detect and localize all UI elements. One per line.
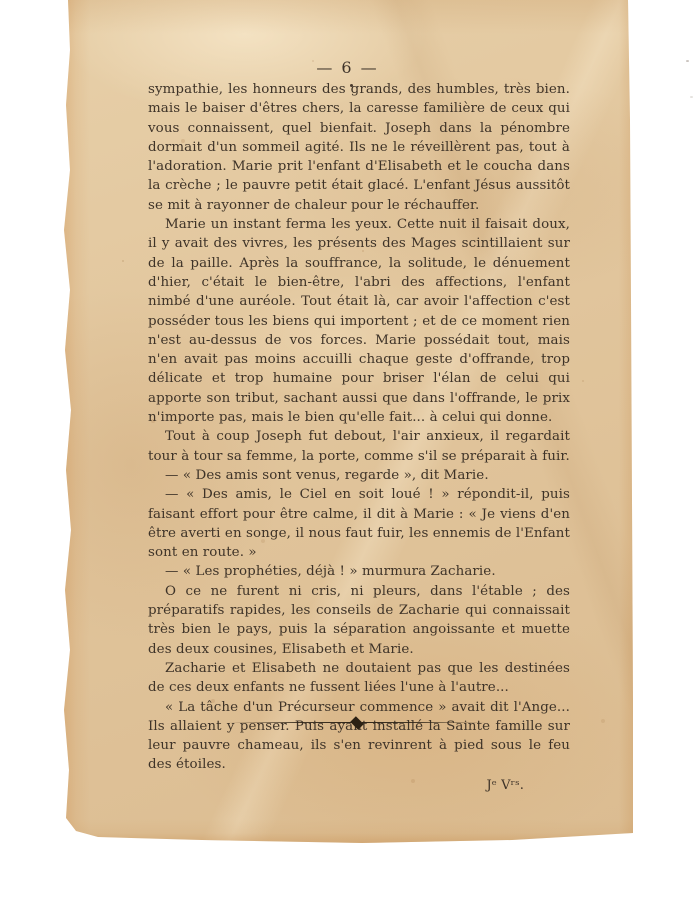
- scan-background: — 6 — sympathie, les honneurs des grands…: [0, 0, 696, 903]
- paragraph-dialogue: — « Des amis sont venus, regarde », dit …: [148, 466, 570, 485]
- diamond-ornament-icon: [350, 716, 364, 730]
- paragraph: Marie un instant ferma les yeux. Cette n…: [148, 215, 570, 427]
- scanner-speck: [686, 60, 689, 62]
- scanner-speck: [690, 96, 693, 98]
- end-of-text-divider: [228, 717, 486, 728]
- paragraph: Tout à coup Joseph fut debout, l'air anx…: [148, 427, 570, 466]
- paragraph: O ce ne furent ni cris, ni pleurs, dans …: [148, 582, 570, 659]
- paragraph: Zacharie et Elisabeth ne doutaient pas q…: [148, 659, 570, 698]
- divider-line-right: [362, 722, 486, 723]
- paragraph-dialogue: — « Les prophéties, déjà ! » murmura Zac…: [148, 562, 570, 581]
- paragraph-dialogue: — « Des amis, le Ciel en soit loué ! » r…: [148, 485, 570, 562]
- divider-line-left: [228, 722, 352, 723]
- book-page: — 6 — sympathie, les honneurs des grands…: [62, 0, 633, 845]
- page-body-text: sympathie, les honneurs des grands, des …: [148, 80, 570, 795]
- paragraph: « La tâche d'un Précurseur commence » av…: [148, 698, 570, 775]
- paragraph: sympathie, les honneurs des grands, des …: [148, 80, 570, 215]
- page-number-header: — 6 —: [62, 58, 633, 77]
- author-signature: Jᵉ Vʳˢ.: [148, 776, 570, 795]
